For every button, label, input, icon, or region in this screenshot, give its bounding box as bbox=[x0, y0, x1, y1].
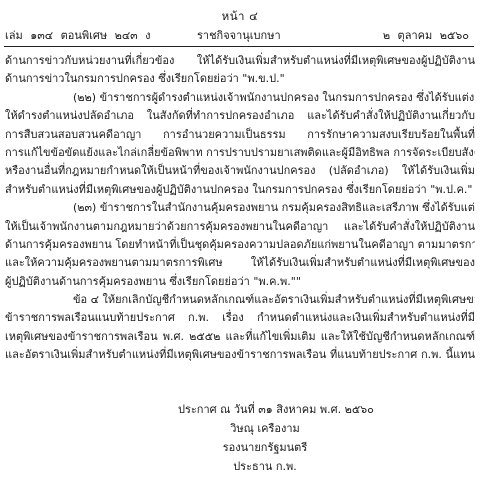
header-divider bbox=[4, 46, 474, 47]
gazette-header: เล่ม ๑๓๔ ตอนพิเศษ ๒๔๓ ง ราชกิจจานุเบกษา … bbox=[5, 26, 473, 44]
text-line: และให้ความคุ้มครองพยานตามมาตรการพิเศษ ให… bbox=[5, 254, 475, 272]
clause-23-start: (๒๓) ข้าราชการในสำนักงานคุ้มครองพยาน กรม… bbox=[5, 199, 475, 217]
text-line: ด้านการข่าวในกรมการปกครอง ซึ่งเรียกโดยย่… bbox=[5, 70, 475, 88]
announcement-date: ประกาศ ณ วันที่ ๓๑ สิงหาคม พ.ศ. ๒๕๖๐ bbox=[178, 400, 374, 418]
document-body: ด้านการข่าวกับหน่วยงานที่เกี่ยวข้อง ให้ไ… bbox=[5, 52, 475, 365]
clause-22-start: (๒๒) ข้าราชการผู้ดำรงตำแหน่งเจ้าพนักงานป… bbox=[5, 89, 475, 107]
section-4-start: ข้อ ๔ ให้ยกเลิกบัญชีกำหนดหลักเกณฑ์และอัต… bbox=[5, 291, 475, 309]
text-line: และอัตราเงินเพิ่มสำหรับตำแหน่งที่มีเหตุพ… bbox=[5, 346, 475, 364]
text-line: เหตุพิเศษของข้าราชการพลเรือน พ.ศ. ๒๕๕๒ แ… bbox=[5, 328, 475, 346]
text-line: สำหรับตำแหน่งที่มีเหตุพิเศษของผู้ปฏิบัติ… bbox=[5, 181, 475, 199]
gazette-page: หน้า ๔ เล่ม ๑๓๔ ตอนพิเศษ ๒๔๓ ง ราชกิจจาน… bbox=[0, 0, 480, 491]
signatory-role: ประธาน ก.พ. bbox=[0, 457, 480, 475]
text-line: ด้านการข่าวกับหน่วยงานที่เกี่ยวข้อง ให้ไ… bbox=[5, 52, 475, 70]
text-line: การแก้ไขข้อขัดแย้งและไกล่เกลี่ยข้อพิพาท … bbox=[5, 144, 475, 162]
signatory-title: รองนายกรัฐมนตรี bbox=[0, 438, 480, 456]
text-line: ผู้ปฏิบัติงานด้านการคุ้มครองพยาน ซึ่งเรี… bbox=[5, 273, 475, 291]
publication-name: ราชกิจจานุเบกษา bbox=[197, 26, 281, 44]
volume-info: เล่ม ๑๓๔ ตอนพิเศษ ๒๔๓ ง bbox=[5, 26, 151, 44]
text-line: หรืองานอื่นที่กฎหมายกำหนดให้เป็นหน้าที่ข… bbox=[5, 162, 475, 180]
text-line: การสืบสวนสอบสวนคดีอาญา การอำนวยความเป็นธ… bbox=[5, 126, 475, 144]
page-number: หน้า ๔ bbox=[0, 8, 480, 26]
signatory-name: วิษณุ เครืองาม bbox=[0, 419, 480, 437]
text-line: ให้เป็นเจ้าพนักงานตามกฎหมายว่าด้วยการคุ้… bbox=[5, 218, 475, 236]
text-line: ให้ดำรงตำแหน่งปลัดอำเภอ ในสังกัดที่ทำการ… bbox=[5, 107, 475, 125]
publication-date: ๒ ตุลาคม ๒๕๖๐ bbox=[383, 26, 469, 44]
text-line: ข้าราชการพลเรือนแนบท้ายประกาศ ก.พ. เรื่อ… bbox=[5, 309, 475, 327]
text-line: ด้านการคุ้มครองพยาน โดยทำหน้าที่เป็นชุดค… bbox=[5, 236, 475, 254]
